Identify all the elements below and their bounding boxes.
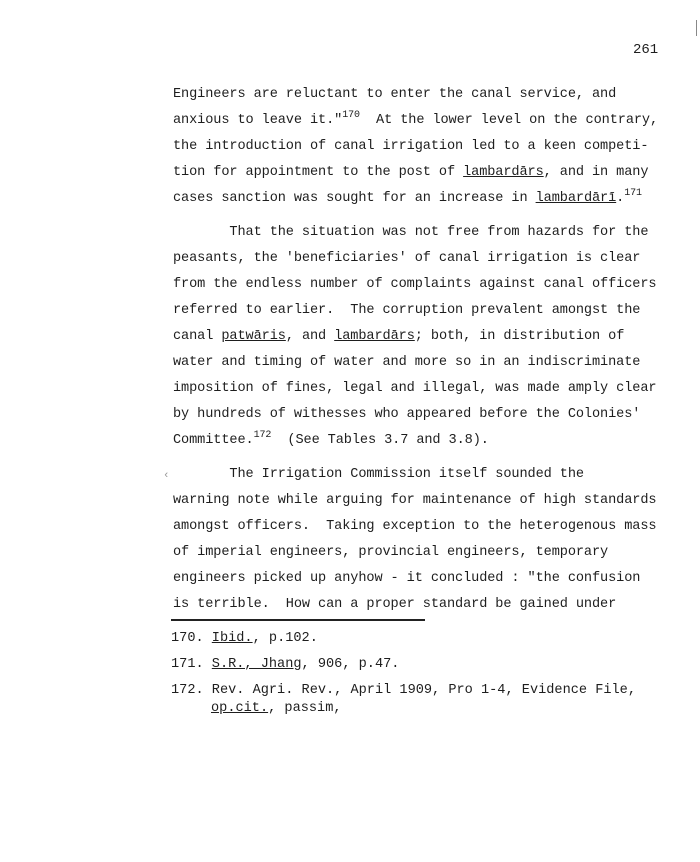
footnote: 170. Ibid., p.102. [171, 630, 681, 648]
paragraph: Engineers are reluctant to enter the can… [173, 82, 693, 212]
footnote: 171. S.R., Jhang, 906, p.47. [171, 656, 681, 674]
text-line: warning note while arguing for maintenan… [173, 488, 693, 514]
text-run: engineers picked up anyhow - it conclude… [173, 571, 640, 586]
text-run: cases sanction was sought for an increas… [173, 191, 536, 206]
text-run: Committee. [173, 433, 254, 448]
text-line: the introduction of canal irrigation led… [173, 134, 693, 160]
text-run: At the lower level on the contrary, [360, 113, 658, 128]
text-run: from the endless number of complaints ag… [173, 277, 656, 292]
text-run: , p.102. [253, 631, 318, 646]
text-line: anxious to leave it."170 At the lower le… [173, 108, 693, 134]
underlined-term: op.cit. [211, 701, 268, 716]
text-run: , and in many [544, 165, 649, 180]
text-run: of imperial engineers, provincial engine… [173, 545, 608, 560]
text-line: amongst officers. Taking exception to th… [173, 514, 693, 540]
text-line: water and timing of water and more so in… [173, 350, 693, 376]
footnote-ref: 171 [624, 188, 642, 199]
underlined-term: Ibid. [212, 631, 253, 646]
underlined-term: lambardārs [463, 165, 544, 180]
text-line: That the situation was not free from haz… [173, 220, 693, 246]
text-run: Rev. Agri. Rev., April 1909, Pro 1-4, Ev… [212, 683, 636, 698]
paragraph: The Irrigation Commission itself sounded… [173, 462, 693, 618]
text-run: imposition of fines, legal and illegal, … [173, 381, 656, 396]
scan-edge-mark [696, 20, 697, 36]
text-run: The Irrigation Commission itself sounded… [173, 467, 584, 482]
footnote-number: 171. [171, 657, 212, 672]
text-line: canal patwāris, and lambardārs; both, in… [173, 324, 693, 350]
text-run: the introduction of canal irrigation led… [173, 139, 648, 154]
text-run: , and [286, 329, 334, 344]
text-run: Engineers are reluctant to enter the can… [173, 87, 616, 102]
text-line: referred to earlier. The corruption prev… [173, 298, 693, 324]
text-run: by hundreds of withesses who appeared be… [173, 407, 640, 422]
text-run: water and timing of water and more so in… [173, 355, 640, 370]
text-line: The Irrigation Commission itself sounded… [173, 462, 693, 488]
text-run: That the situation was not free from haz… [173, 225, 648, 240]
text-line: peasants, the 'beneficiaries' of canal i… [173, 246, 693, 272]
underlined-term: S.R., Jhang [212, 657, 302, 672]
footnote-number: 170. [171, 631, 212, 646]
text-run: (See Tables 3.7 and 3.8). [271, 433, 489, 448]
text-run: canal [173, 329, 221, 344]
footnote-ref: 172 [254, 430, 272, 441]
text-line: imposition of fines, legal and illegal, … [173, 376, 693, 402]
text-run: tion for appointment to the post of [173, 165, 463, 180]
underlined-term: patwāris [221, 329, 285, 344]
text-run: anxious to leave it." [173, 113, 342, 128]
paragraph: That the situation was not free from haz… [173, 220, 693, 454]
margin-mark: ‹ [163, 470, 170, 482]
text-line: is terrible. How can a proper standard b… [173, 592, 693, 618]
underlined-term: lambardārs [334, 329, 415, 344]
footnote-ref: 170 [342, 110, 360, 121]
footnotes: 170. Ibid., p.102.171. S.R., Jhang, 906,… [171, 630, 681, 726]
text-run: warning note while arguing for maintenan… [173, 493, 656, 508]
text-line: from the endless number of complaints ag… [173, 272, 693, 298]
footnote-divider [171, 619, 425, 621]
text-run: amongst officers. Taking exception to th… [173, 519, 656, 534]
page-number: 261 [633, 42, 658, 58]
text-line: engineers picked up anyhow - it conclude… [173, 566, 693, 592]
footnote-continuation: op.cit., passim, [171, 700, 681, 718]
text-line: of imperial engineers, provincial engine… [173, 540, 693, 566]
text-line: Engineers are reluctant to enter the can… [173, 82, 693, 108]
text-line: tion for appointment to the post of lamb… [173, 160, 693, 186]
text-run: , passim, [268, 701, 341, 716]
text-run: ; both, in distribution of [415, 329, 625, 344]
text-line: cases sanction was sought for an increas… [173, 186, 693, 212]
text-line: by hundreds of withesses who appeared be… [173, 402, 693, 428]
text-run: is terrible. How can a proper standard b… [173, 597, 616, 612]
text-run: referred to earlier. The corruption prev… [173, 303, 640, 318]
text-line: Committee.172 (See Tables 3.7 and 3.8). [173, 428, 693, 454]
text-run: peasants, the 'beneficiaries' of canal i… [173, 251, 640, 266]
body-text: Engineers are reluctant to enter the can… [173, 82, 693, 618]
footnote-number: 172. [171, 683, 212, 698]
text-run: , 906, p.47. [302, 657, 400, 672]
underlined-term: lambardārī [536, 191, 617, 206]
footnote: 172. Rev. Agri. Rev., April 1909, Pro 1-… [171, 682, 681, 718]
